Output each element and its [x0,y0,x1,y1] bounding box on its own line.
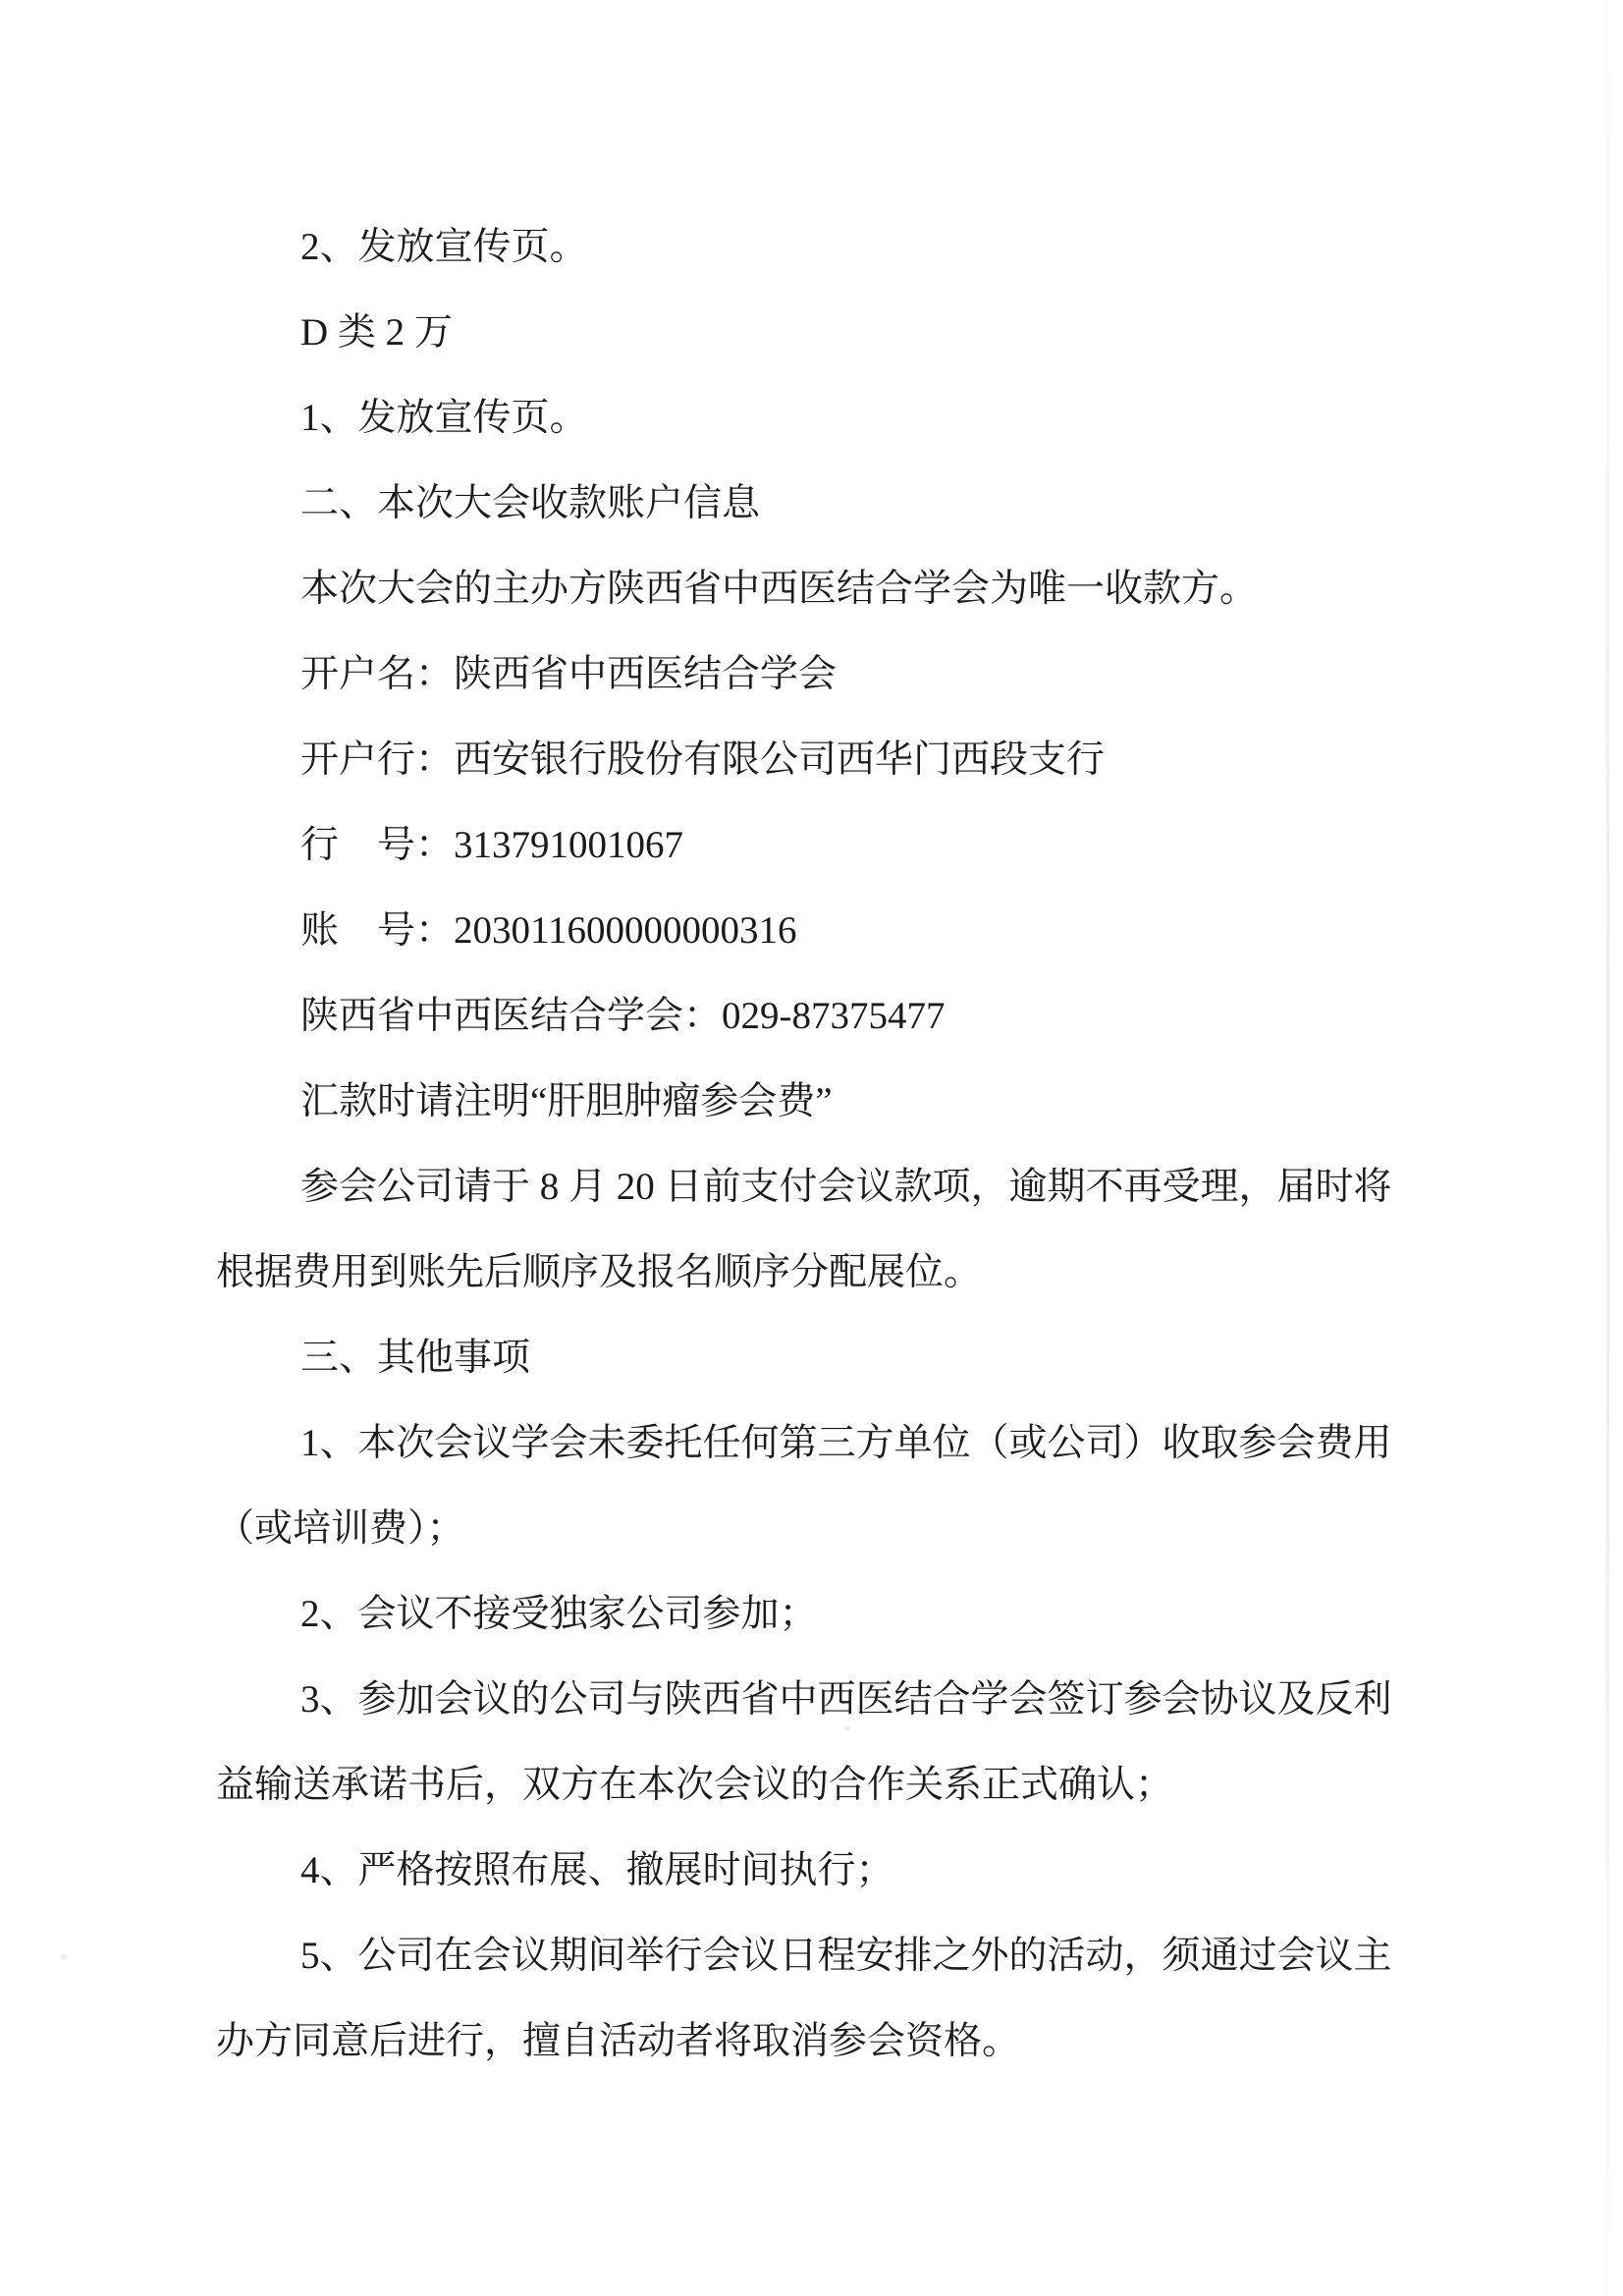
text-line: 二、本次大会收款账户信息 [216,461,1404,546]
scan-edge-artifact [1606,0,1609,2296]
scan-speck [61,1954,67,1960]
text-line: 行 号：313791001067 [216,802,1404,888]
text-line: 2、会议不接受独家公司参加； [216,1571,1404,1657]
text-line: 开户名：陕西省中西医结合学会 [216,631,1404,717]
text-line: 益输送承诺书后，双方在本次会议的合作关系正式确认； [216,1742,1404,1828]
text-line: D 类 2 万 [216,290,1404,375]
text-line: 3、参加会议的公司与陕西省中西医结合学会签订参会协议及反利 [216,1657,1404,1742]
text-line: （或培训费）； [216,1486,1404,1571]
text-line: 三、其他事项 [216,1315,1404,1400]
document-page: 2、发放宣传页。D 类 2 万1、发放宣传页。二、本次大会收款账户信息本次大会的… [0,0,1623,2296]
document-body: 2、发放宣传页。D 类 2 万1、发放宣传页。二、本次大会收款账户信息本次大会的… [216,204,1404,2084]
text-line: 4、严格按照布展、撤展时间执行； [216,1828,1404,1913]
text-line: 参会公司请于 8 月 20 日前支付会议款项，逾期不再受理，届时将 [216,1144,1404,1230]
text-line: 开户行：西安银行股份有限公司西华门西段支行 [216,717,1404,802]
text-line: 根据费用到账先后顺序及报名顺序分配展位。 [216,1230,1404,1315]
text-line: 账 号：203011600000000316 [216,888,1404,973]
text-line: 本次大会的主办方陕西省中西医结合学会为唯一收款方。 [216,546,1404,631]
text-line: 1、本次会议学会未委托任何第三方单位（或公司）收取参会费用 [216,1400,1404,1486]
text-line: 办方同意后进行，擅自活动者将取消参会资格。 [216,1998,1404,2084]
text-line: 1、发放宣传页。 [216,375,1404,461]
scanned-document-screenshot: { "page": { "background_color": "#ffffff… [0,0,1623,2296]
text-line: 5、公司在会议期间举行会议日程安排之外的活动，须通过会议主 [216,1913,1404,1998]
text-line: 陕西省中西医结合学会：029-87375477 [216,973,1404,1059]
text-line: 汇款时请注明“肝胆肿瘤参会费” [216,1059,1404,1144]
text-line: 2、发放宣传页。 [216,204,1404,290]
